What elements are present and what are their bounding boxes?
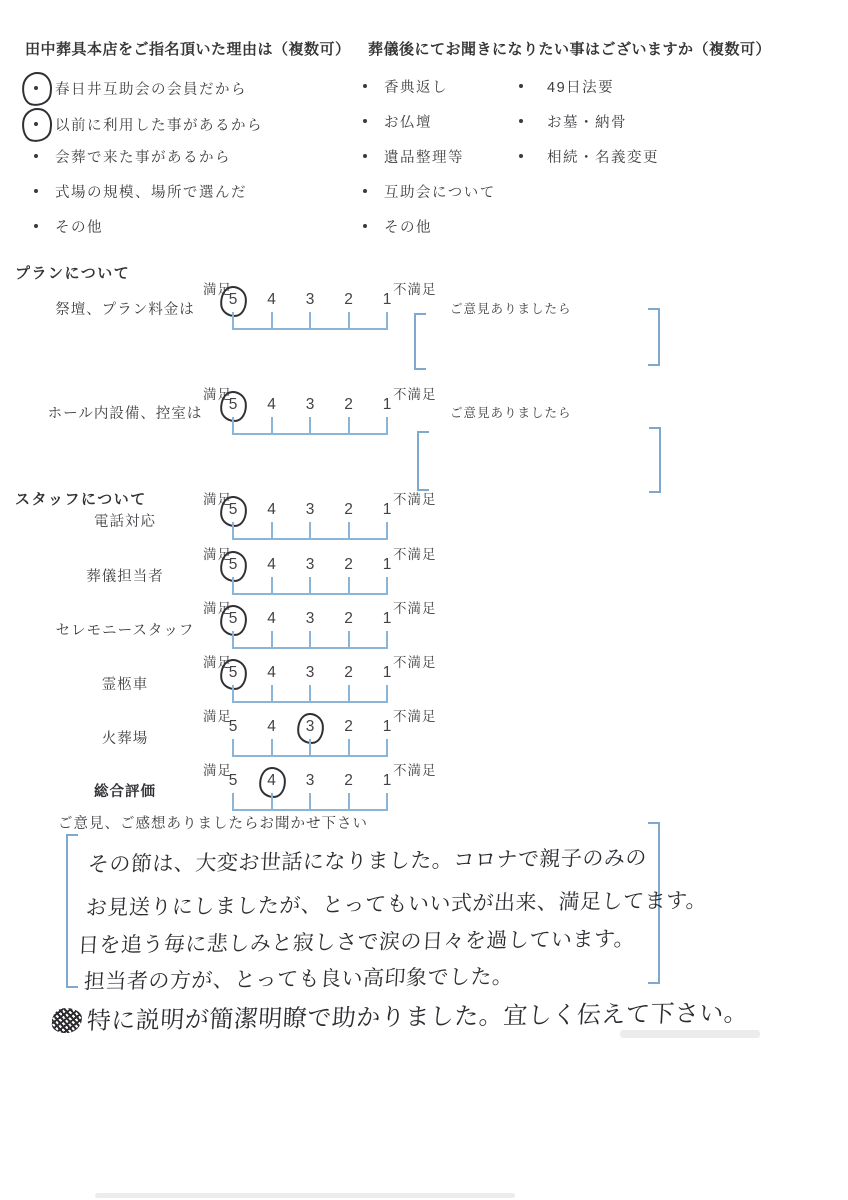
scribbled-out-text	[51, 1008, 82, 1033]
scale-value: 2	[344, 772, 353, 789]
section-title-staff: スタッフについて	[15, 488, 147, 509]
reason-option-attended-funeral: 会葬で来た事があるから	[34, 146, 231, 166]
scale-value: 1	[383, 718, 392, 735]
bullet-icon	[34, 154, 38, 158]
scale-value: 2	[344, 396, 353, 413]
scale-value: 3	[306, 501, 315, 518]
rating-scale-overall: 満足 不満足 5 4 3 2 1	[203, 759, 453, 815]
scale-values: 5 4 3 2 1	[221, 556, 399, 574]
bullet-icon	[34, 122, 38, 126]
scale-value: 2	[344, 664, 353, 681]
scale-values: 5 4 3 2 1	[221, 396, 399, 414]
rating-row-label-hearse: 霊柩車	[35, 673, 215, 694]
topic-option-butsudan: お仏壇	[363, 111, 432, 131]
scale-axis	[232, 793, 388, 811]
scale-value: 4	[267, 556, 276, 573]
scale-value: 3	[306, 556, 315, 573]
handwritten-comment-line: お見送りにしましたが、とってもいい式が出来、満足してます。	[85, 884, 708, 922]
scale-value: 3	[306, 396, 315, 413]
option-label: 春日井互助会の会員だから	[55, 78, 247, 99]
scale-min-label: 不満足	[393, 705, 437, 725]
topic-option-grave-ossuary: お墓・納骨	[519, 111, 627, 131]
option-label: その他	[384, 216, 432, 237]
scale-axis	[232, 417, 388, 435]
question-after-funeral-title: 葬儀後にてお聞きになりたい事はございますか（複数可）	[368, 38, 771, 59]
topic-option-mutual-aid: 互助会について	[363, 181, 496, 201]
scale-axis	[232, 739, 388, 757]
rating-row-label-crematorium: 火葬場	[35, 727, 215, 748]
bullet-icon	[519, 154, 523, 158]
reason-option-other: その他	[34, 216, 103, 236]
option-label: 互助会について	[384, 181, 496, 202]
bullet-icon	[363, 84, 367, 88]
rating-scale-ceremony-staff: 満足 不満足 5 4 3 2 1	[203, 597, 453, 653]
bullet-icon	[363, 224, 367, 228]
scale-values: 5 4 3 2 1	[221, 610, 399, 628]
scale-value: 4	[267, 396, 276, 413]
scale-value: 3	[306, 610, 315, 627]
option-label: 香典返し	[384, 76, 448, 97]
scale-min-label: 不満足	[393, 759, 437, 779]
scale-axis	[232, 522, 388, 540]
rating-scale-phone: 満足 不満足 5 4 3 2 1	[203, 488, 453, 544]
scale-values: 5 4 3 2 1	[221, 664, 399, 682]
hand-circle-icon	[20, 70, 54, 107]
scale-min-label: 不満足	[393, 651, 437, 671]
comment-label-plan-price: ご意見ありましたら	[450, 299, 572, 317]
rating-row-label-plan-price: 祭壇、プラン料金は	[35, 298, 215, 319]
handwritten-comment-line: 日を追う毎に悲しみと寂しさで涙の日々を過しています。	[77, 923, 636, 960]
bullet-icon	[363, 154, 367, 158]
scale-values: 5 4 3 2 1	[221, 291, 399, 309]
scale-values: 5 4 3 2 1	[221, 718, 399, 736]
option-label: 会葬で来た事があるから	[55, 146, 231, 167]
scale-value: 1	[383, 396, 392, 413]
scale-value: 1	[383, 501, 392, 518]
handwritten-comment-line: 担当者の方が、とっても良い高印象でした。	[83, 960, 514, 995]
bullet-icon	[519, 119, 523, 123]
scale-value: 2	[344, 718, 353, 735]
handwritten-comment-line: その節は、大変お世話になりました。コロナで親子のみの	[87, 842, 648, 879]
bullet-icon	[34, 224, 38, 228]
scale-values: 5 4 3 2 1	[221, 772, 399, 790]
scale-axis	[232, 631, 388, 649]
topic-option-estate-sorting: 遺品整理等	[363, 146, 464, 166]
bullet-icon	[34, 189, 38, 193]
option-label: 式場の規模、場所で選んだ	[55, 181, 247, 202]
scale-value: 4	[267, 610, 276, 627]
rating-row-label-overall: 総合評価	[35, 780, 215, 801]
scan-smudge	[620, 1030, 760, 1038]
scale-min-label: 不満足	[393, 597, 437, 617]
survey-scan-page: 田中葬具本店をご指名頂いた理由は（複数可） 葬儀後にてお聞きになりたい事はござい…	[0, 0, 848, 1200]
scale-value: 2	[344, 556, 353, 573]
scale-value: 3	[306, 772, 315, 789]
rating-row-label-hall-facilities: ホール内設備、控室は	[35, 402, 215, 423]
scale-value: 5	[229, 718, 238, 735]
left-bracket-icon	[417, 431, 429, 491]
rating-scale-crematorium: 満足 不満足 5 4 3 2 1	[203, 705, 453, 761]
scan-smudge	[95, 1193, 515, 1198]
scale-value: 4	[267, 718, 276, 735]
scale-min-label: 不満足	[393, 543, 437, 563]
scale-value: 4	[267, 501, 276, 518]
reason-option-used-before: 以前に利用した事があるから	[34, 114, 263, 134]
scale-min-label: 不満足	[393, 383, 437, 403]
scale-value: 1	[383, 291, 392, 308]
hand-circle-icon	[20, 106, 54, 143]
rating-scale-hall-facilities: 満足 不満足 5 4 3 2 1	[203, 383, 453, 439]
right-bracket-icon	[648, 308, 660, 366]
scale-value: 1	[383, 556, 392, 573]
question-reasons-title: 田中葬具本店をご指名頂いた理由は（複数可）	[25, 38, 351, 59]
scale-value: 1	[383, 664, 392, 681]
rating-row-label-ceremony-staff: セレモニースタッフ	[35, 619, 215, 640]
scale-value: 3	[306, 664, 315, 681]
scale-value: 2	[344, 291, 353, 308]
comment-label-hall-facilities: ご意見ありましたら	[450, 403, 572, 421]
scale-axis	[232, 577, 388, 595]
option-label: 以前に利用した事があるから	[55, 114, 263, 135]
option-label: その他	[55, 216, 103, 237]
option-label: 相続・名義変更	[547, 146, 659, 167]
scale-value: 4	[267, 664, 276, 681]
topic-option-49th-day-service: 49日法要	[519, 76, 614, 96]
comment-prompt: ご意見、ご感想ありましたらお聞かせ下さい	[58, 812, 368, 833]
scale-axis	[232, 685, 388, 703]
scale-value: 4	[267, 291, 276, 308]
right-bracket-icon	[649, 427, 661, 493]
option-label: お墓・納骨	[547, 111, 627, 132]
reason-option-mutual-aid-member: 春日井互助会の会員だから	[34, 78, 247, 98]
scale-axis	[232, 312, 388, 330]
scale-value: 2	[344, 501, 353, 518]
bullet-icon	[519, 84, 523, 88]
left-bracket-icon	[414, 313, 426, 370]
scale-value: 1	[383, 610, 392, 627]
left-bracket-icon	[66, 834, 78, 988]
bullet-icon	[363, 119, 367, 123]
topic-option-other: その他	[363, 216, 432, 236]
topic-option-return-gifts: 香典返し	[363, 76, 448, 96]
scale-values: 5 4 3 2 1	[221, 501, 399, 519]
rating-row-label-director: 葬儀担当者	[35, 565, 215, 586]
scale-value: 3	[306, 291, 315, 308]
scale-value: 2	[344, 610, 353, 627]
option-label: お仏壇	[384, 111, 432, 132]
scale-value: 1	[383, 772, 392, 789]
scale-value: 5	[229, 772, 238, 789]
scale-min-label: 不満足	[393, 278, 437, 298]
option-label: 遺品整理等	[384, 146, 464, 167]
bullet-icon	[363, 189, 367, 193]
scale-min-label: 不満足	[393, 488, 437, 508]
reason-option-venue-size-location: 式場の規模、場所で選んだ	[34, 181, 247, 201]
rating-row-label-phone: 電話対応	[35, 510, 215, 531]
topic-option-inheritance-name-change: 相続・名義変更	[519, 146, 659, 166]
bullet-icon	[34, 86, 38, 90]
option-label: 49日法要	[547, 76, 614, 97]
section-title-plan: プランについて	[15, 262, 130, 283]
rating-scale-hearse: 満足 不満足 5 4 3 2 1	[203, 651, 453, 707]
rating-scale-director: 満足 不満足 5 4 3 2 1	[203, 543, 453, 599]
